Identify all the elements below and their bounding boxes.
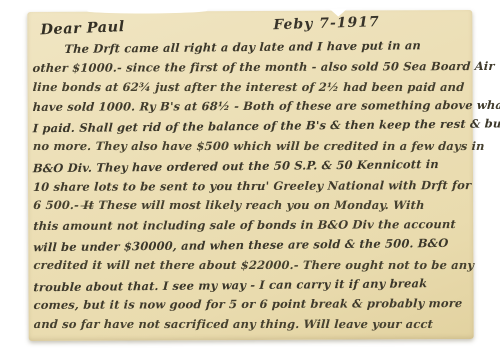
handwriting-line: line bonds at 62¾ just after the interes…	[32, 78, 473, 98]
handwriting-line: B&O Div. They have ordered out the 50 S.…	[32, 154, 473, 178]
handwriting-line: other $1000.- since the first of the mon…	[32, 57, 473, 79]
date-text: Feby 7-1917	[273, 14, 380, 33]
handwriting-line: and so far have not sacrificed any thing…	[33, 315, 474, 335]
handwriting-line: 6 500.- I̶t̶ These will most likely reac…	[33, 196, 474, 216]
handwriting-line: credited it will net there about $22000.…	[33, 256, 474, 276]
handwriting-line: 10 share lots to be sent to you thru' Gr…	[33, 176, 474, 198]
scanned-letter-background: Dear Paul Feby 7-1917 The Drft came all …	[0, 0, 500, 361]
handwriting-line: no more. They also have $500 which will …	[32, 137, 473, 157]
handwriting-line: comes, but it is now good for 5 or 6 poi…	[33, 294, 474, 316]
letter-card: Dear Paul Feby 7-1917 The Drft came all …	[27, 10, 473, 341]
salutation: Dear Paul	[40, 18, 125, 38]
handwriting-line: will be under $30000, and when these are…	[33, 234, 474, 258]
paper-torn-edge	[87, 8, 207, 14]
letter-body: The Drft came all right a day late and I…	[32, 37, 473, 336]
handwriting-line: I paid. Shall get rid of the balance of …	[32, 115, 473, 139]
